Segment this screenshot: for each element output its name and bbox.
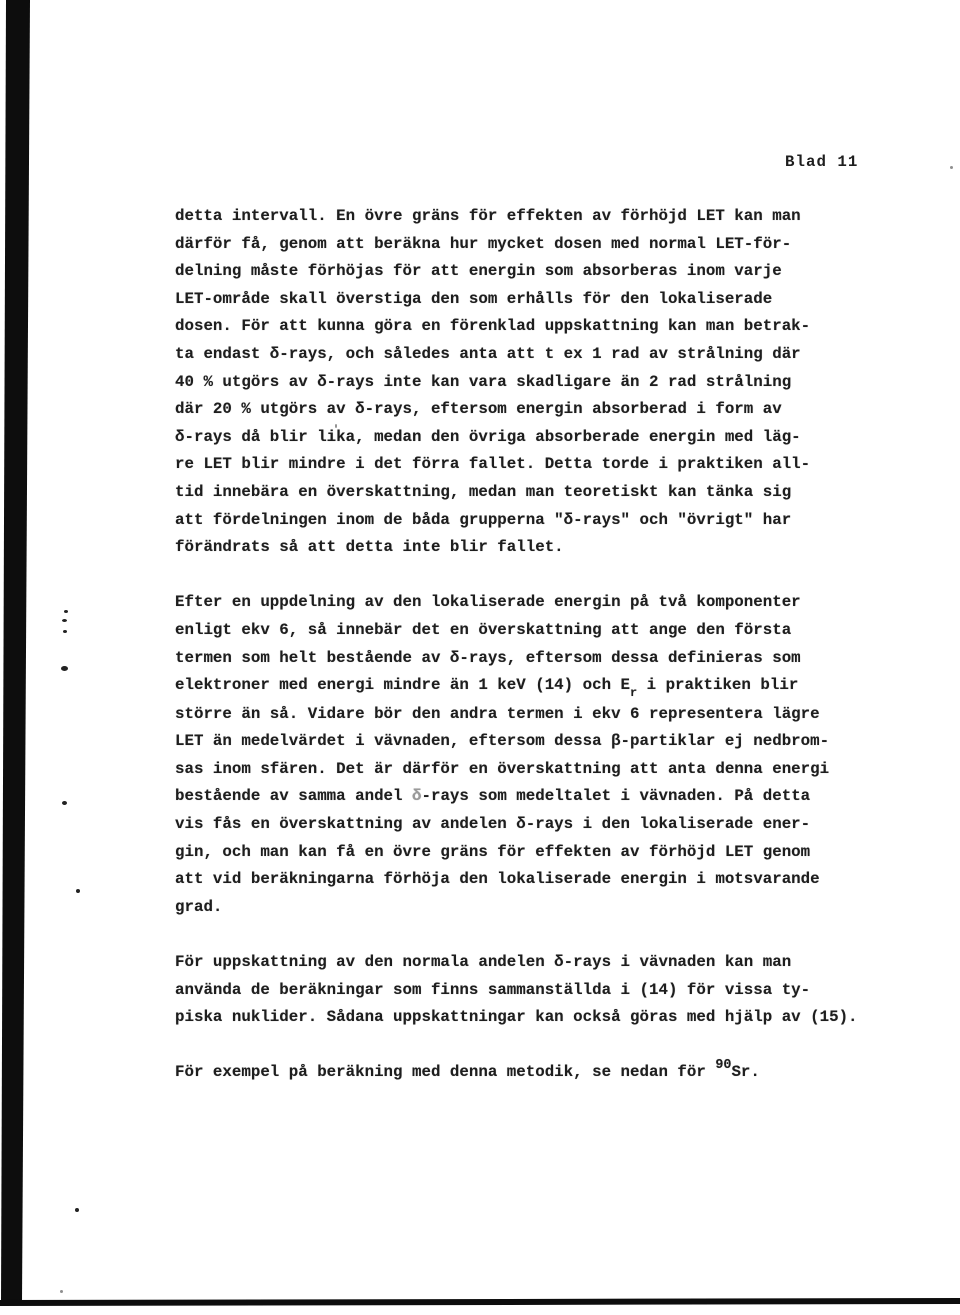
text-segment: 40 % utgörs av δ-rays inte kan vara skad… (175, 373, 791, 391)
paragraph: För uppskattning av den normala andelen … (175, 949, 875, 1032)
text-segment: där 20 % utgörs av δ-rays, eftersom ener… (175, 400, 782, 418)
text-segment: dosen. För att kunna göra en förenklad u… (175, 317, 810, 335)
text-line: vis fås en överskattning av andelen δ-ra… (175, 811, 875, 839)
text-line: därför få, genom att beräkna hur mycket … (175, 231, 875, 259)
text-line: tid innebära en överskattning, medan man… (175, 479, 875, 507)
paragraph: detta intervall. En övre gräns för effek… (175, 203, 875, 562)
text-line: delning måste förhöjas för att energin s… (175, 258, 875, 286)
text-line: Efter en uppdelning av den lokaliserade … (175, 589, 875, 617)
text-line: att fördelningen inom de båda grupperna … (175, 507, 875, 535)
text-segment: LET-område skall överstiga den som erhål… (175, 290, 772, 308)
text-line: re LET blir mindre i det förra fallet. D… (175, 451, 875, 479)
text-line: ta endast δ-rays, och således anta att t… (175, 341, 875, 369)
text-line: dosen. För att kunna göra en förenklad u… (175, 313, 875, 341)
text-segment: att fördelningen inom de båda grupperna … (175, 511, 791, 529)
text-line: bestående av samma andel δ-rays som mede… (175, 783, 875, 811)
text-segment: enligt ekv 6, så innebär det en överskat… (175, 621, 791, 639)
paragraph: Efter en uppdelning av den lokaliserade … (175, 589, 875, 921)
text-segment-sup: 90 (715, 1058, 731, 1073)
text-line: detta intervall. En övre gräns för effek… (175, 203, 875, 231)
text-segment: För uppskattning av den normala andelen … (175, 953, 791, 971)
text-segment: För exempel på beräkning med denna metod… (175, 1063, 715, 1081)
text-segment: re LET blir mindre i det förra fallet. D… (175, 455, 810, 473)
ink-speck (62, 801, 67, 805)
text-line: piska nuklider. Sådana uppskattningar ka… (175, 1004, 875, 1032)
ink-speck (76, 889, 80, 893)
ink-speck (64, 610, 68, 613)
text-line: För exempel på beräkning med denna metod… (175, 1059, 875, 1088)
text-segment: i praktiken blir (637, 676, 798, 694)
text-segment: termen som helt bestående av δ-rays, eft… (175, 649, 801, 667)
text-line: elektroner med energi mindre än 1 keV (1… (175, 672, 875, 701)
text-line: använda de beräkningar som finns sammans… (175, 977, 875, 1005)
text-segment: -rays som medeltalet i vävnaden. På dett… (421, 787, 810, 805)
text-segment: δ-rays då blir lika, medan den övriga ab… (175, 428, 801, 446)
text-segment: Sr. (731, 1063, 759, 1081)
text-line: gin, och man kan få en övre gräns för ef… (175, 839, 875, 867)
ink-speck (60, 1290, 63, 1293)
scan-edge-line (0, 1298, 960, 1306)
text-line: grad. (175, 894, 875, 922)
text-segment: ta endast δ-rays, och således anta att t… (175, 345, 801, 363)
text-segment: bestående av samma andel (175, 787, 412, 805)
text-line: förändrats så att detta inte blir fallet… (175, 534, 875, 562)
text-line: att vid beräkningarna förhöja den lokali… (175, 866, 875, 894)
scanned-document-page: Blad 11 detta intervall. En övre gräns f… (0, 0, 960, 1315)
text-segment: piska nuklider. Sådana uppskattningar ka… (175, 1008, 858, 1026)
text-line: 40 % utgörs av δ-rays inte kan vara skad… (175, 369, 875, 397)
paragraph: För exempel på beräkning med denna metod… (175, 1059, 875, 1088)
text-segment: använda de beräkningar som finns sammans… (175, 981, 810, 999)
text-line: större än så. Vidare bör den andra terme… (175, 701, 875, 729)
text-line: LET än medelvärdet i vävnaden, eftersom … (175, 728, 875, 756)
text-segment: detta intervall. En övre gräns för effek… (175, 207, 801, 225)
text-line: termen som helt bestående av δ-rays, eft… (175, 645, 875, 673)
text-segment: gin, och man kan få en övre gräns för ef… (175, 843, 810, 861)
ink-speck (63, 630, 67, 633)
text-line: enligt ekv 6, så innebär det en överskat… (175, 617, 875, 645)
ink-speck (75, 1208, 79, 1212)
page-number: Blad 11 (785, 153, 858, 171)
text-line: sas inom sfären. Det är därför en översk… (175, 756, 875, 784)
ink-speck (335, 424, 337, 428)
text-segment: förändrats så att detta inte blir fallet… (175, 538, 564, 556)
text-line: där 20 % utgörs av δ-rays, eftersom ener… (175, 396, 875, 424)
text-segment: vis fås en överskattning av andelen δ-ra… (175, 815, 810, 833)
text-segment: större än så. Vidare bör den andra terme… (175, 705, 820, 723)
ink-speck (62, 619, 67, 622)
ink-speck (61, 666, 68, 671)
text-segment: Efter en uppdelning av den lokaliserade … (175, 593, 801, 611)
scan-binding-bar (0, 0, 36, 1302)
text-segment: delning måste förhöjas för att energin s… (175, 262, 782, 280)
text-line: LET-område skall överstiga den som erhål… (175, 286, 875, 314)
text-segment: tid innebära en överskattning, medan man… (175, 483, 791, 501)
text-segment: sas inom sfären. Det är därför en översk… (175, 760, 829, 778)
ink-speck (950, 166, 953, 169)
text-segment: därför få, genom att beräkna hur mycket … (175, 235, 791, 253)
text-segment: elektroner med energi mindre än 1 keV (1… (175, 676, 630, 694)
text-line: δ-rays då blir lika, medan den övriga ab… (175, 424, 875, 452)
text-segment: LET än medelvärdet i vävnaden, eftersom … (175, 732, 829, 750)
text-segment: grad. (175, 898, 222, 916)
text-line: För uppskattning av den normala andelen … (175, 949, 875, 977)
text-body: detta intervall. En övre gräns för effek… (175, 203, 875, 1116)
text-segment-sub: r (630, 686, 637, 700)
text-segment: att vid beräkningarna förhöja den lokali… (175, 870, 820, 888)
